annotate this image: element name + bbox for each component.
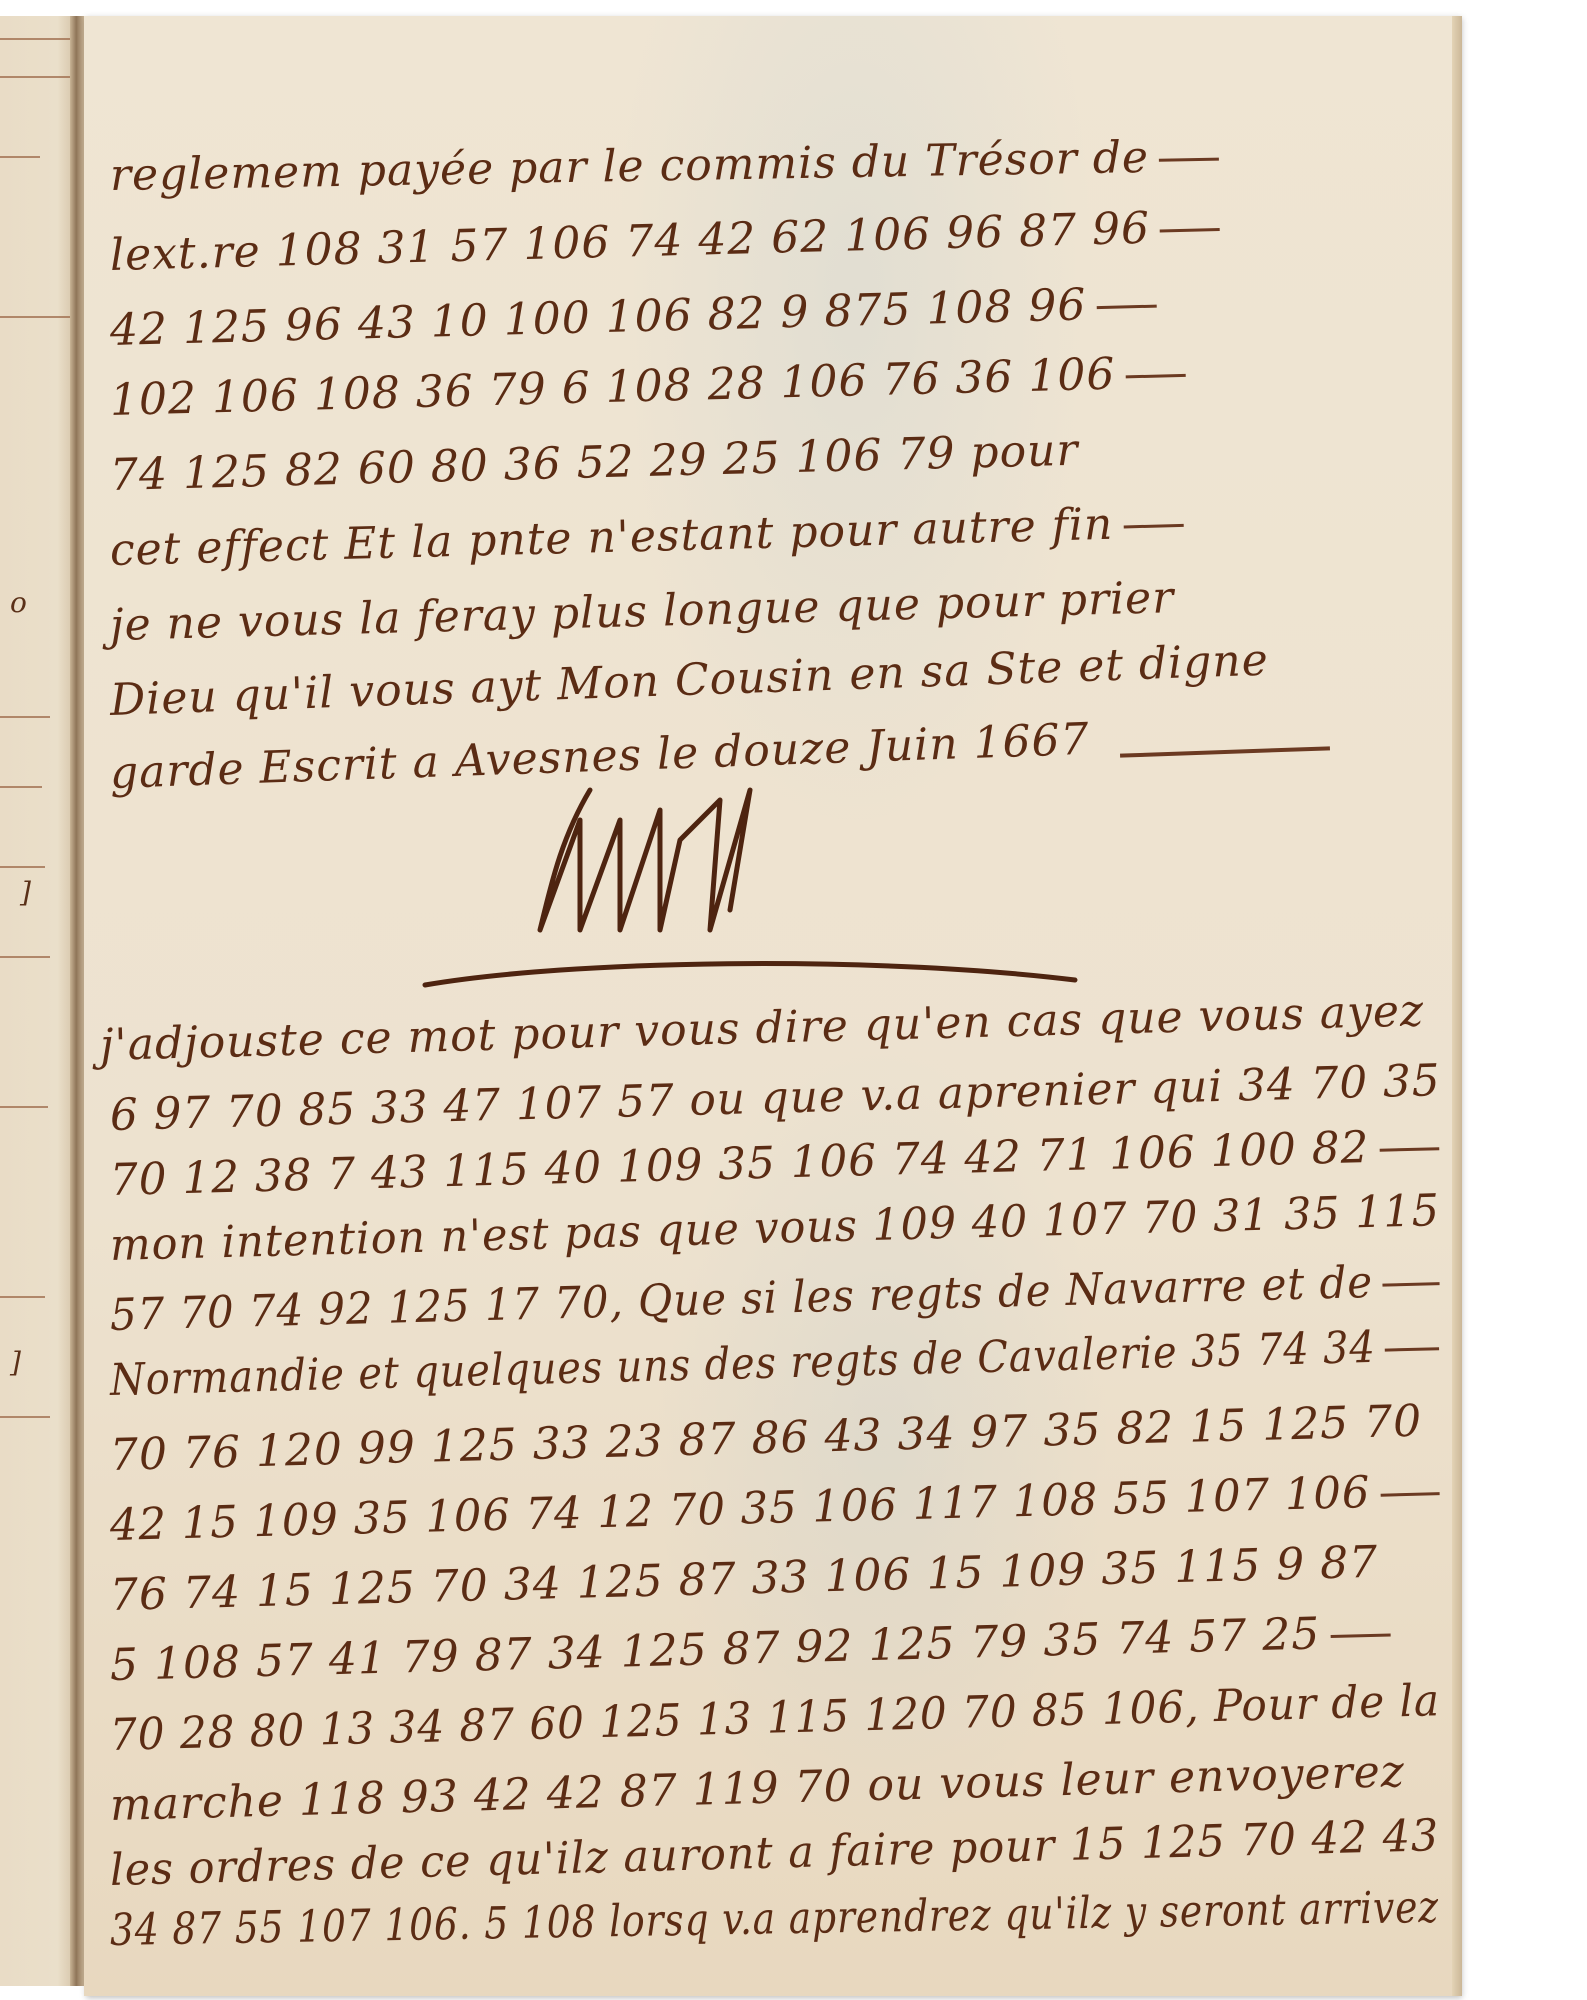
signature-paraph <box>420 955 1080 995</box>
ruled-line <box>0 866 45 868</box>
ruled-line <box>0 1106 48 1108</box>
margin-mark: ] <box>10 1346 21 1379</box>
royal-signature <box>520 780 840 940</box>
ruled-line <box>0 38 72 40</box>
facing-page-fragment: o ] ] <box>0 16 72 1986</box>
line-filler <box>1125 374 1185 379</box>
ruled-line <box>0 716 50 718</box>
margin-mark: o <box>10 586 27 619</box>
line-filler <box>1330 1633 1390 1638</box>
line-filler <box>1382 1282 1439 1286</box>
line-filler <box>1123 524 1183 529</box>
ruled-line <box>0 956 50 958</box>
line-filler <box>1379 1147 1439 1152</box>
line-filler <box>1380 1492 1439 1497</box>
line-filler <box>1096 305 1156 310</box>
line-filler <box>1160 228 1220 233</box>
ruled-line <box>0 76 72 78</box>
page-edge <box>1452 16 1462 1996</box>
book-gutter <box>70 16 84 1986</box>
line-filler <box>1159 158 1219 162</box>
ruled-line <box>0 1416 50 1418</box>
line-filler <box>1385 1347 1439 1351</box>
ruled-line <box>0 786 42 788</box>
ruled-line <box>0 1296 45 1298</box>
ruled-line <box>0 316 72 318</box>
margin-mark: ] <box>20 876 31 909</box>
ruled-line <box>0 156 40 158</box>
